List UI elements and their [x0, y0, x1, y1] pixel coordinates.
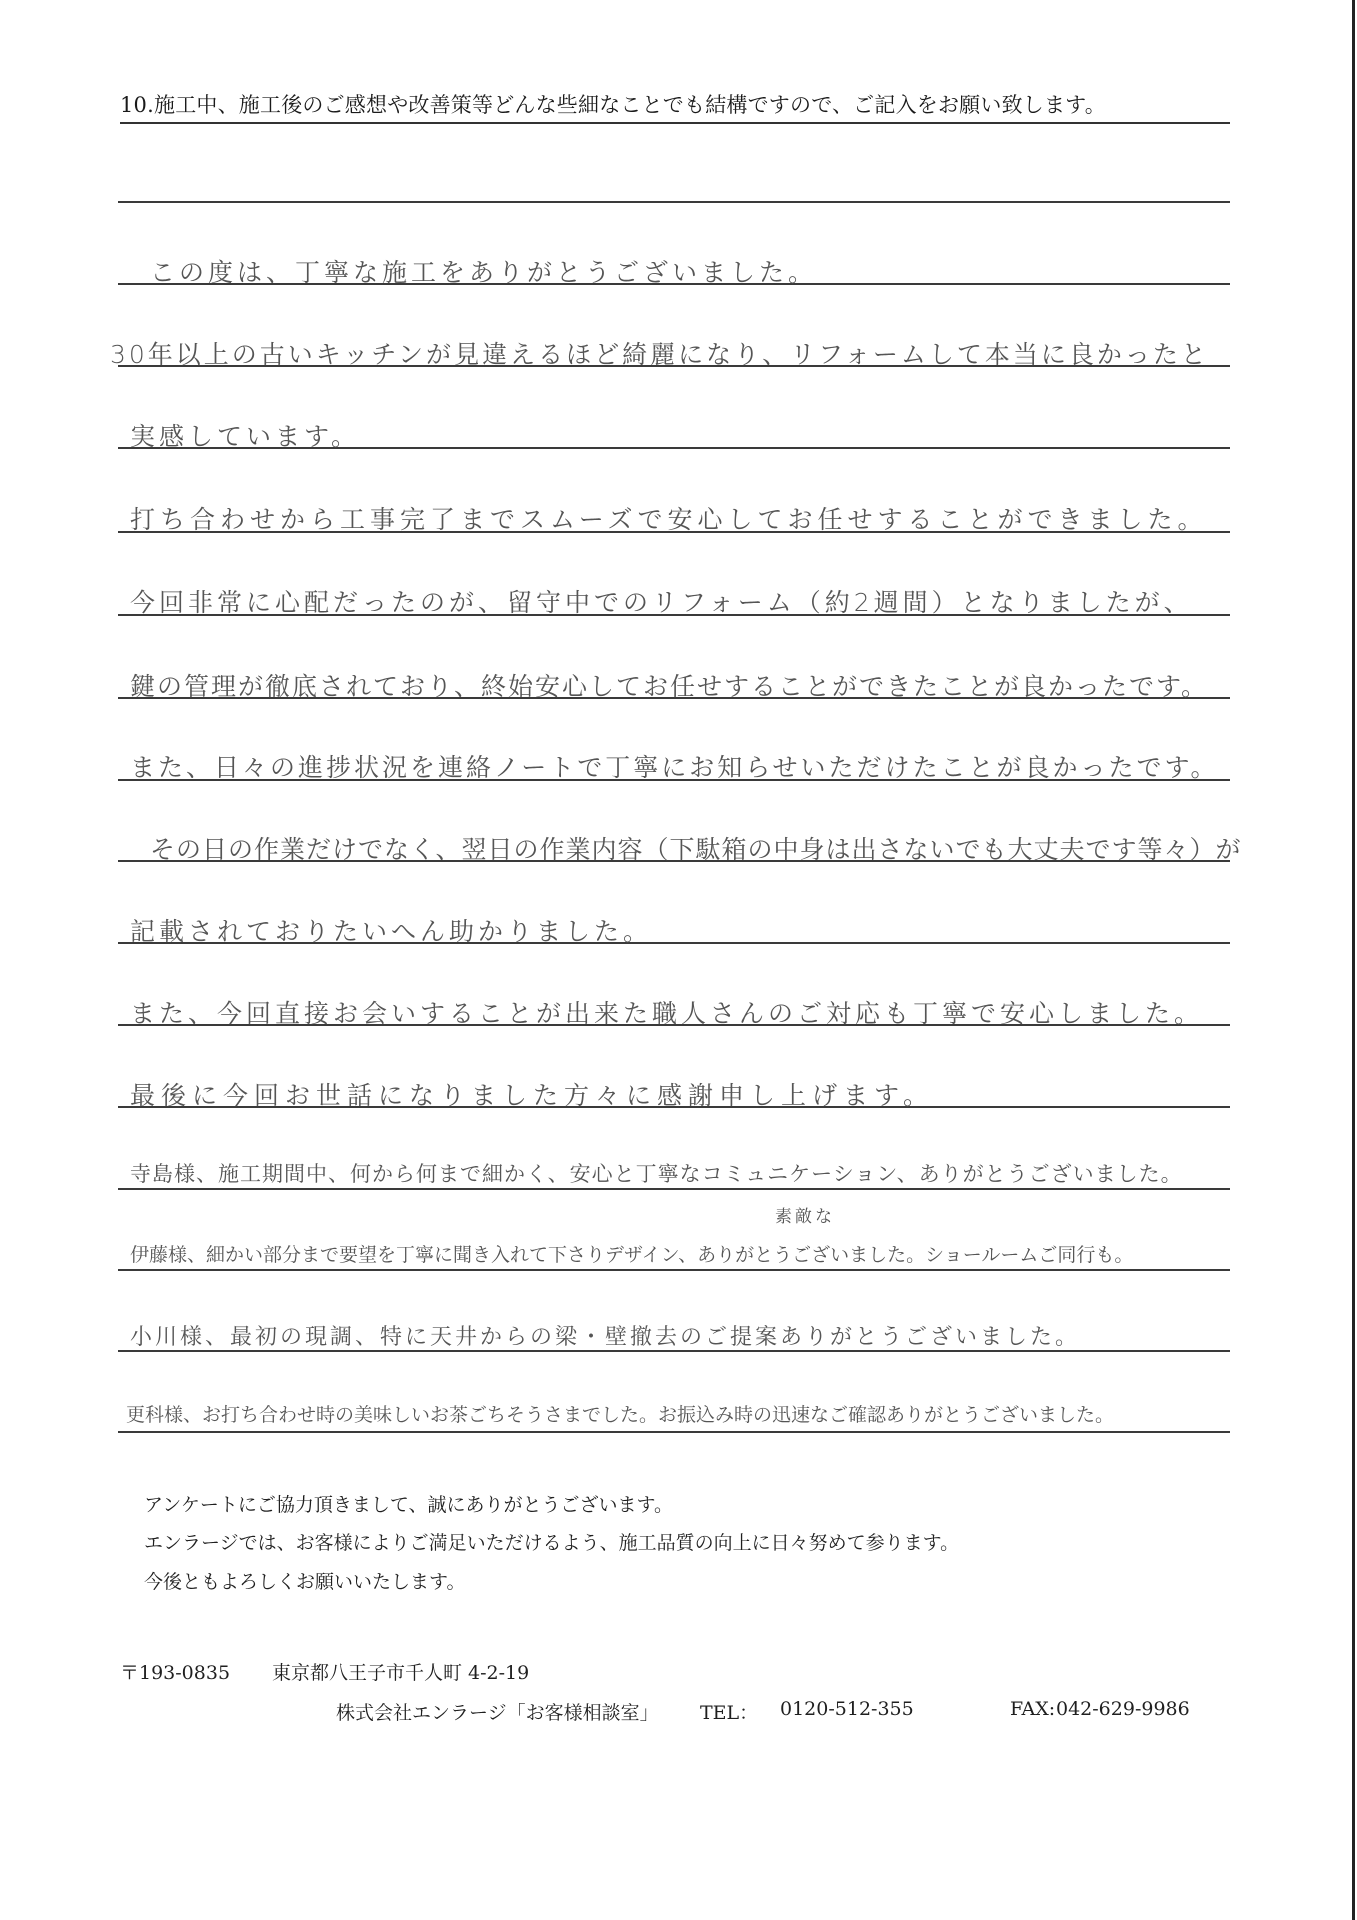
handwritten-line-13: 伊藤様、細かい部分まで要望を丁寧に聞き入れて下さりデザイン、ありがとうございまし… [130, 1240, 1133, 1267]
handwritten-line-10: また、今回直接お会いすることが出来た職人さんのご対応も丁寧で安心しました。 [130, 994, 1203, 1030]
handwritten-line-14: 小川様、最初の現調、特に天井からの梁・壁撤去のご提案ありがとうございました。 [130, 1320, 1080, 1351]
tel-label: TEL： [700, 1698, 758, 1725]
handwritten-line-9: 記載されておりたいへん助かりました。 [130, 912, 652, 948]
question-heading: 10.施工中、施工後のご感想や改善策等どんな些細なことでも結構ですので、ご記入を… [120, 92, 1230, 124]
handwritten-line-1: この度は、丁寧な施工をありがとうございました。 [150, 253, 817, 289]
handwritten-line-12: 寺島様、施工期間中、何から何まで細かく、安心と丁寧なコミュニケーション、ありがと… [130, 1158, 1183, 1188]
fax-number: 042-629-9986 [1056, 1698, 1190, 1720]
ruled-line [118, 201, 1230, 203]
street-address: 東京都八王子市千人町 4-2-19 [272, 1658, 529, 1685]
ruled-line [118, 1188, 1230, 1190]
handwritten-line-2: 30年以上の古いキッチンが見違えるほど綺麗になり、リフォームして本当に良かったと [110, 335, 1209, 371]
postal-code: 〒193-0835 [120, 1658, 230, 1685]
handwritten-line-8: その日の作業だけでなく、翌日の作業内容（下駄箱の中身は出さないでも大丈夫です等々… [150, 830, 1242, 866]
tel-number: 0120-512-355 [780, 1698, 914, 1720]
handwritten-line-15: 更科様、お打ち合わせ時の美味しいお茶ごちそうさまでした。お振込み時の迅速なご確認… [126, 1400, 1114, 1427]
handwritten-line-3: 実感しています。 [130, 417, 360, 453]
handwritten-line-4: 打ち合わせから工事完了までスムーズで安心してお任せすることができました。 [130, 500, 1208, 536]
handwritten-insertion-annotation: 素敵な [775, 1202, 835, 1227]
company-name: 株式会社エンラージ「お客様相談室」 [336, 1698, 659, 1725]
handwritten-line-5: 今回非常に心配だったのが、留守中でのリフォーム（約2週間）となりましたが、 [130, 583, 1193, 619]
ruled-line [118, 1431, 1230, 1433]
handwritten-line-7: また、日々の進捗状況を連絡ノートで丁寧にお知らせいただけたことが良かったです。 [130, 748, 1219, 784]
ruled-line [118, 1269, 1230, 1271]
closing-message-line-1: アンケートにご協力頂きまして、誠にありがとうございます。 [144, 1490, 673, 1517]
page-right-border [1352, 0, 1355, 1920]
handwritten-line-11: 最後に今回お世話になりました方々に感謝申し上げます。 [130, 1076, 934, 1112]
closing-message-line-3: 今後ともよろしくお願いいたします。 [144, 1567, 465, 1594]
handwritten-line-6: 鍵の管理が徹底されており、終始安心してお任せすることができたことが良かったです。 [130, 667, 1208, 703]
fax-label: FAX: [1010, 1698, 1055, 1720]
closing-message-line-2: エンラージでは、お客様によりご満足いただけるよう、施工品質の向上に日々努めて参り… [144, 1528, 959, 1555]
